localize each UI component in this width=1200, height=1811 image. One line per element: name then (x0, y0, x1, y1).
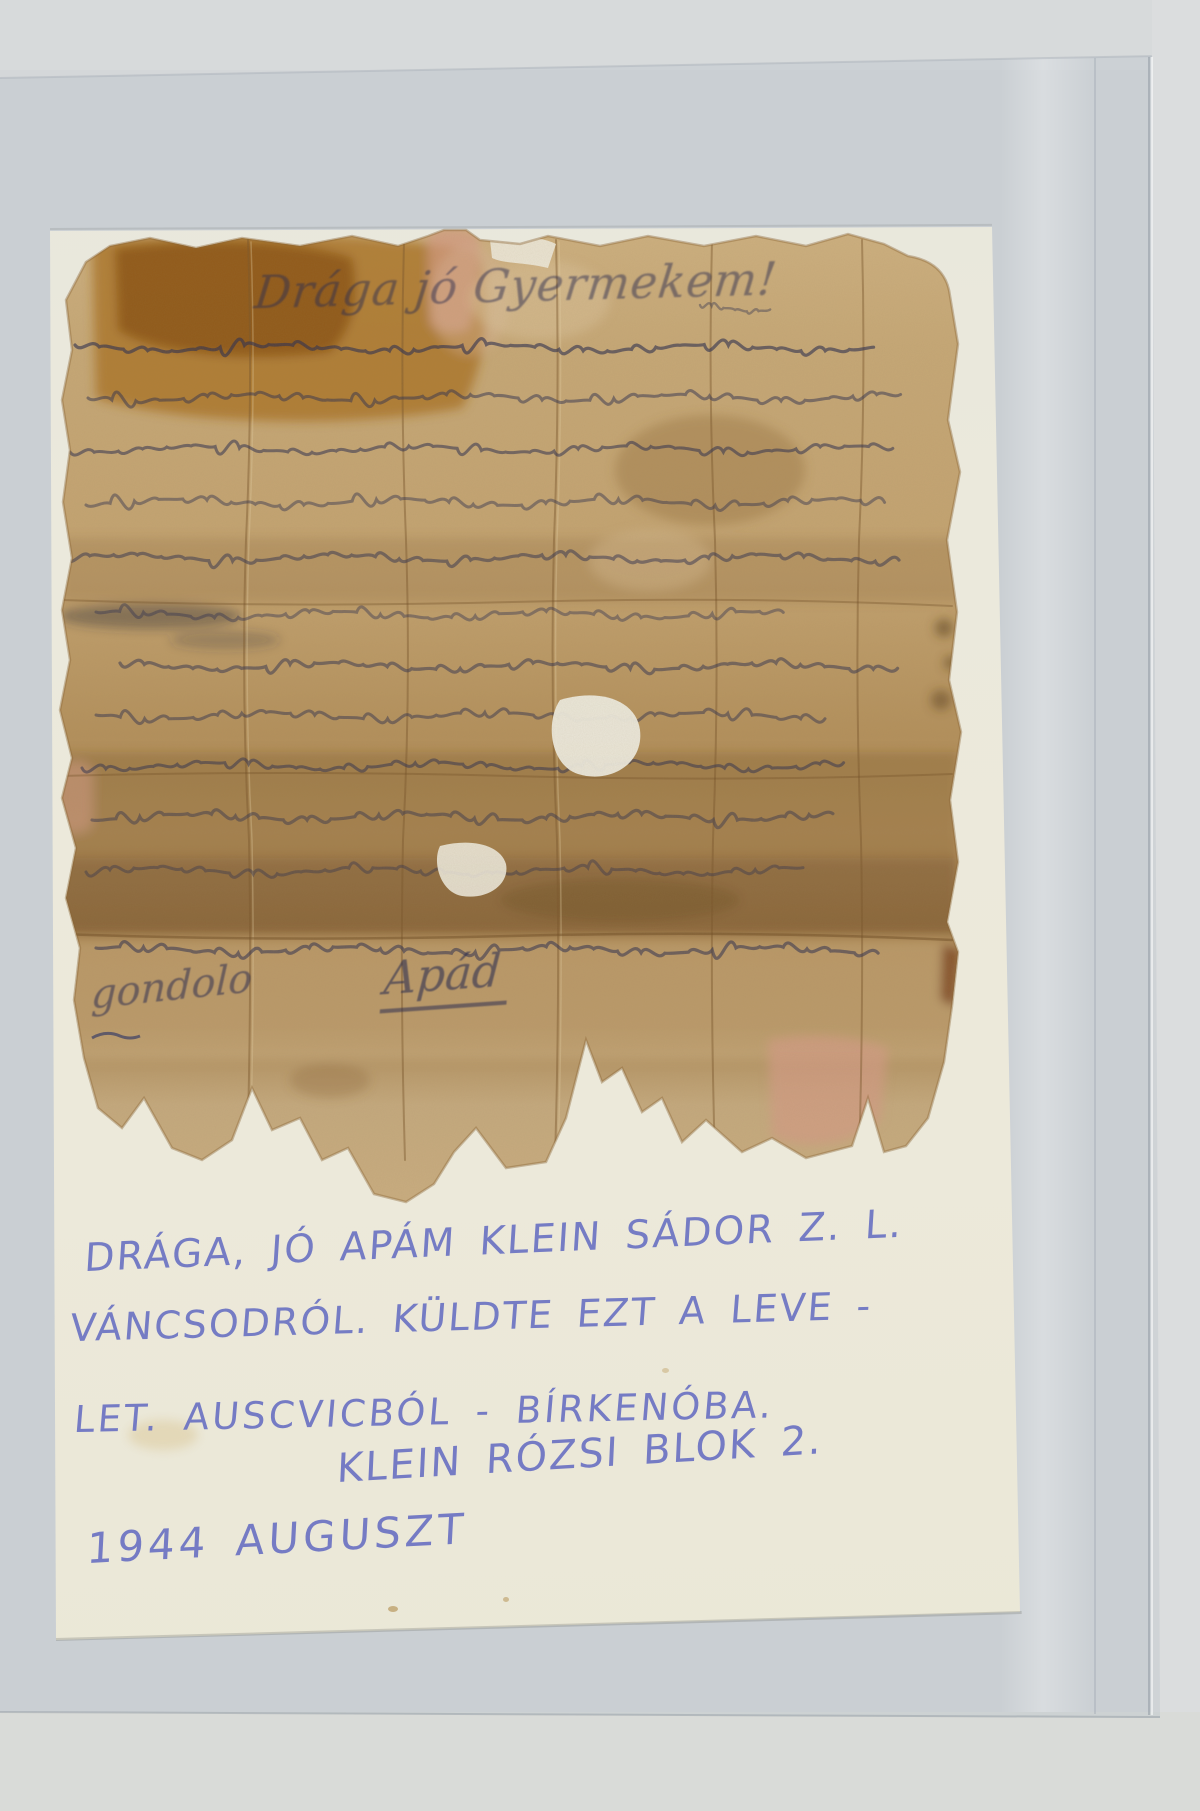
letter-signature: Apád (380, 943, 511, 1013)
sleeve-right-edge-inner (1094, 58, 1096, 1714)
torn-letter-fragment (40, 215, 980, 1225)
sleeve-right-highlight (1151, 57, 1153, 1715)
card-speck (503, 1597, 509, 1602)
backdrop-right (1152, 0, 1200, 1811)
paper-grain (40, 215, 980, 1225)
sleeve-right-edge-outer (1148, 57, 1150, 1715)
card-speck (662, 1368, 669, 1373)
card-speck (388, 1606, 398, 1612)
backdrop-bottom (0, 1712, 1200, 1811)
